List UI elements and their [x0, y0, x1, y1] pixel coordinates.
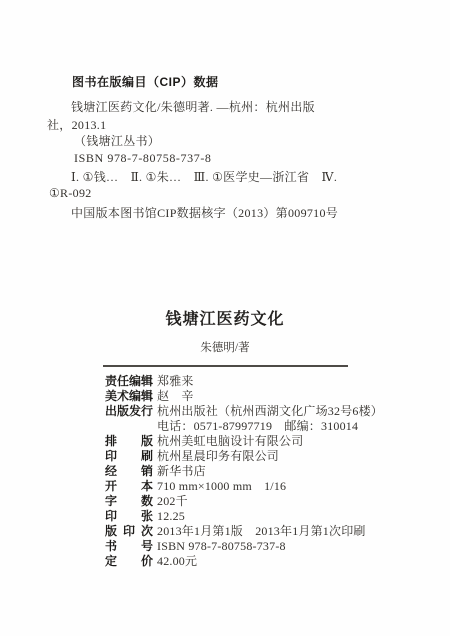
colophon-row-art-editor: 美术编辑赵 辛 [105, 389, 383, 404]
colophon-row-printing: 印刷杭州星晨印务有限公司 [105, 449, 383, 464]
colophon-value: 新华书店 [157, 464, 206, 478]
colophon-value: 710 mm×1000 mm 1/16 [157, 479, 286, 493]
colophon-row-sheets: 印张12.25 [105, 509, 383, 524]
colophon-row-typesetting: 排版杭州美虹电脑设计有限公司 [105, 434, 383, 449]
book-author: 朱德明/著 [0, 339, 450, 355]
colophon-value: 2013年1月第1版 2013年1月第1次印刷 [157, 524, 366, 538]
colophon-label: 印张 [105, 509, 153, 524]
colophon-value: 赵 辛 [157, 389, 194, 403]
colophon-value: 杭州星晨印务有限公司 [157, 449, 279, 463]
colophon-row-editor: 责任编辑郑雅来 [105, 374, 383, 389]
colophon-value: 202千 [157, 494, 188, 508]
colophon-label: 责任编辑 [105, 374, 153, 389]
colophon-label: 经销 [105, 464, 153, 479]
colophon-value: 杭州出版社（杭州西湖文化广场32号6楼） [157, 404, 383, 418]
colophon-label: 印刷 [105, 449, 153, 464]
colophon-label: 美术编辑 [105, 389, 153, 404]
colophon-label: 排版 [105, 434, 153, 449]
cip-record-line1: 钱塘江医药文化/朱德明著. —杭州：杭州出版 [71, 100, 315, 114]
colophon-value: 郑雅来 [157, 374, 194, 388]
cip-record-number: 中国版本图书馆CIP数据核字（2013）第009710号 [71, 206, 338, 220]
colophon-label: 版印次 [105, 524, 153, 539]
cip-header: 图书在版编目（CIP）数据 [72, 73, 219, 90]
colophon-value: 12.25 [157, 509, 185, 523]
colophon-row-phone: 电话：0571-87997719 邮编：310014 [105, 419, 383, 434]
cip-record-line2: 社，2013.1 [47, 118, 106, 132]
colophon-row-edition: 版印次2013年1月第1版 2013年1月第1次印刷 [105, 524, 383, 539]
colophon-row-price: 定价42.00元 [105, 554, 383, 569]
cip-classification-line1: Ⅰ. ①钱… Ⅱ. ①朱… Ⅲ. ①医学史—浙江省 Ⅳ. [71, 170, 337, 184]
colophon-row-word-count: 字数202千 [105, 494, 383, 509]
colophon-value: 42.00元 [157, 554, 197, 568]
cip-classification-line2: ①R-092 [49, 186, 92, 200]
colophon-label: 开本 [105, 479, 153, 494]
colophon-row-isbn: 书号ISBN 978-7-80758-737-8 [105, 539, 383, 554]
book-copyright-page: 图书在版编目（CIP）数据 钱塘江医药文化/朱德明著. —杭州：杭州出版 社，2… [0, 0, 450, 636]
colophon-label: 出版发行 [105, 404, 153, 419]
cip-series-note: （钱塘江丛书） [74, 134, 160, 148]
colophon-row-publisher: 出版发行杭州出版社（杭州西湖文化广场32号6楼） [105, 404, 383, 419]
colophon-table: 责任编辑郑雅来 美术编辑赵 辛 出版发行杭州出版社（杭州西湖文化广场32号6楼）… [105, 374, 383, 569]
cip-isbn: ISBN 978-7-80758-737-8 [74, 151, 212, 165]
colophon-label: 字数 [105, 494, 153, 509]
colophon-label: 书号 [105, 539, 153, 554]
divider-line [103, 365, 348, 367]
colophon-value: 杭州美虹电脑设计有限公司 [157, 434, 303, 448]
colophon-label: 定价 [105, 554, 153, 569]
colophon-row-format: 开本710 mm×1000 mm 1/16 [105, 479, 383, 494]
colophon-value: ISBN 978-7-80758-737-8 [157, 539, 286, 553]
colophon-row-distribution: 经销新华书店 [105, 464, 383, 479]
book-title: 钱塘江医药文化 [0, 306, 450, 329]
colophon-value: 电话：0571-87997719 邮编：310014 [157, 419, 358, 433]
